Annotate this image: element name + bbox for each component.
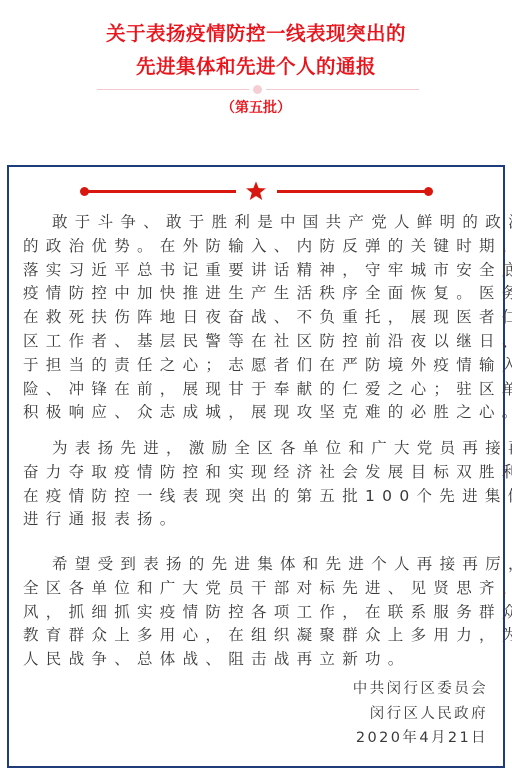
paragraph-line: 在救死扶伤阵地日夜奋战、不负重托，展现医者仁心的崇高精神；社 — [23, 306, 493, 330]
header-divider-left — [97, 89, 249, 90]
ornament-line-right — [277, 190, 428, 193]
paragraph-line: 奋力夺取疫情防控和实现经济社会发展目标双胜利，经研究，决定对 — [23, 461, 493, 485]
header-divider-dot-icon — [253, 85, 262, 94]
star-icon — [245, 180, 267, 202]
ornament-line-left — [84, 190, 236, 193]
paragraph-2: 为表扬先进，激励全区各单位和广大党员再接再厉、善作善成， 奋力夺取疫情防控和实现… — [23, 437, 493, 532]
paragraph-line: 于担当的责任之心；志愿者们在严防境外疫情输入的前沿哨口不惧风 — [23, 354, 493, 378]
paragraph-line: 进行通报表扬。 — [23, 508, 493, 532]
ornament-dot-right-icon — [424, 187, 433, 196]
paragraph-line: 风，抓细抓实疫情防控各项工作，在联系服务群众上多用情，在宣传 — [23, 601, 493, 625]
ornament-dot-left-icon — [80, 187, 89, 196]
paragraph-line: 敢于斗争、敢于胜利是中国共产党人鲜明的政治品格，也是我们 — [23, 211, 493, 235]
title-line-1: 关于表扬疫情防控一线表现突出的 — [0, 22, 512, 46]
batch-label: （第五批） — [0, 97, 512, 119]
document-header: 关于表扬疫情防控一线表现突出的 先进集体和先进个人的通报 （第五批） — [0, 0, 512, 150]
paragraph-line: 全区各单位和广大党员干部对标先进、见贤思齐，发扬连续作战作 — [23, 577, 493, 601]
paragraph-line: 积极响应、众志成城，展现攻坚克难的必胜之心。 — [23, 401, 493, 425]
paragraph-line: 希望受到表扬的先进集体和先进个人再接再厉，发挥示范作用， — [23, 553, 493, 577]
paragraph-line: 疫情防控中加快推进生产生活秩序全面恢复。医务工作者们毫无畏惧 — [23, 282, 493, 306]
signature-org-government: 闵行区人民政府 — [248, 702, 488, 727]
title-line-2: 先进集体和先进个人的通报 — [0, 55, 512, 79]
paragraph-line: 在疫情防控一线表现突出的第五批100个先进集体和200名先进个人 — [23, 485, 493, 509]
header-divider-right — [266, 89, 419, 90]
paragraph-line: 人民战争、总体战、阻击战再立新功。 — [23, 648, 493, 672]
paragraph-3: 希望受到表扬的先进集体和先进个人再接再厉，发挥示范作用， 全区各单位和广大党员干… — [23, 553, 493, 672]
paragraph-line: 险、冲锋在前，展现甘于奉献的仁爱之心；驻区单位、“两新”组织等 — [23, 378, 493, 402]
paragraph-line: 教育群众上多用心，在组织凝聚群众上多用力，为彻底打赢疫情防控 — [23, 624, 493, 648]
paragraph-1: 敢于斗争、敢于胜利是中国共产党人鲜明的政治品格，也是我们 的政治优势。在外防输入… — [23, 211, 493, 425]
signature-block: 中共闵行区委员会 闵行区人民政府 2020年4月21日 — [248, 677, 488, 751]
paragraph-line: 区工作者、基层民警等在社区防控前沿夜以继日、以身作则，展现勇 — [23, 330, 493, 354]
signature-org-party-committee: 中共闵行区委员会 — [248, 677, 488, 702]
signature-date: 2020年4月21日 — [248, 726, 488, 751]
paragraph-line: 落实习近平总书记重要讲话精神，守牢城市安全底线，坚持在常态化 — [23, 259, 493, 283]
paragraph-line: 的政治优势。在外防输入、内防反弹的关键时期，全区上下坚决贯彻 — [23, 235, 493, 259]
paragraph-line: 为表扬先进，激励全区各单位和广大党员再接再厉、善作善成， — [23, 437, 493, 461]
